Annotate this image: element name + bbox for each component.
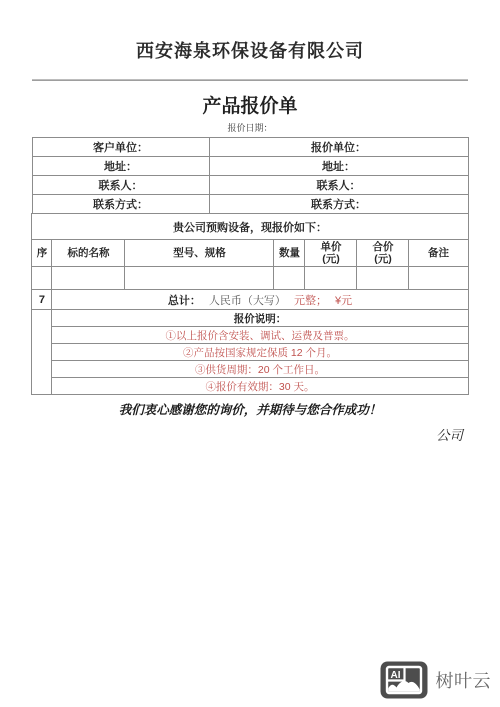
- notes-title-row: 报价说明：: [32, 310, 468, 327]
- company-name: 西安海泉环保设备有限公司: [0, 0, 500, 63]
- ai-icon-text: AI: [390, 670, 400, 681]
- quoting-company-label: 报价单位：: [209, 138, 468, 157]
- quotation-document: 西安海泉环保设备有限公司 产品报价单 报价日期： 客户单位： 报价单位： 地址：…: [0, 0, 500, 707]
- col-header-model-spec: 型号、规格: [125, 240, 274, 267]
- ai-image-icon: AI: [380, 661, 428, 699]
- total-label: 总计：: [168, 295, 201, 307]
- empty-cell-model-spec: [125, 267, 274, 290]
- empty-cell-seq: [32, 267, 52, 290]
- note-row-1: ①以上报价含安装、调试、运费及普票。: [32, 327, 468, 344]
- info-row-company: 客户单位： 报价单位：: [32, 138, 468, 157]
- customer-contact-label: 联系人：: [32, 176, 209, 195]
- quoting-phone-label: 联系方式：: [209, 195, 468, 214]
- total-amount-words-value: 元整；: [294, 295, 327, 307]
- empty-cell-quantity: [274, 267, 305, 290]
- total-row: 7 总计： 人民币（大写） 元整； ¥元: [32, 290, 468, 310]
- note-row-2: ②产品按国家规定保质 12 个月。: [32, 344, 468, 361]
- note-row-3: ③供货周期：20 个工作日。: [32, 361, 468, 378]
- col-header-seq: 序: [32, 240, 52, 267]
- info-row-address: 地址： 地址：: [32, 157, 468, 176]
- quote-date-label: 报价日期：: [0, 121, 500, 134]
- total-amount-words-label: 人民币（大写）: [209, 295, 286, 307]
- table-header-row: 序 标的名称 型号、规格 数量 单价 (元) 合价 (元) 备注: [32, 240, 468, 267]
- info-row-phone: 联系方式： 联系方式：: [32, 195, 468, 214]
- note-delivery-period: ③供货周期：20 个工作日。: [52, 361, 468, 378]
- empty-item-row: [32, 267, 468, 290]
- empty-cell-item-name: [52, 267, 125, 290]
- col-header-quantity: 数量: [274, 240, 305, 267]
- note-validity: ④报价有效期：30 天。: [52, 378, 468, 395]
- empty-cell-unit-price: [305, 267, 357, 290]
- seq-column-spacer: [32, 310, 52, 395]
- section-title-row: 贵公司预购设备，现报价如下：: [32, 214, 468, 240]
- contact-info-table: 客户单位： 报价单位： 地址： 地址： 联系人： 联系人： 联系方式： 联系方式…: [32, 137, 469, 214]
- note-row-4: ④报价有效期：30 天。: [32, 378, 468, 395]
- col-header-item-name: 标的名称: [52, 240, 125, 267]
- info-row-contact: 联系人： 联系人：: [32, 176, 468, 195]
- total-amount-numeric: ¥元: [335, 295, 352, 307]
- col-header-remarks: 备注: [409, 240, 468, 267]
- col-header-unit-price: 单价 (元): [305, 240, 357, 267]
- quoting-contact-label: 联系人：: [209, 176, 468, 195]
- empty-cell-total-price: [357, 267, 409, 290]
- total-row-number: 7: [32, 290, 52, 310]
- customer-company-label: 客户单位：: [32, 138, 209, 157]
- header-divider: [32, 79, 468, 81]
- signature-company: 公司: [0, 424, 500, 444]
- note-warranty: ②产品按国家规定保质 12 个月。: [52, 344, 468, 361]
- watermark-brand: 树叶云: [436, 667, 492, 693]
- thanks-line: 我们衷心感谢您的询价，并期待与您合作成功！: [0, 400, 500, 418]
- watermark: AI 树叶云: [380, 661, 492, 699]
- col-header-total-price: 合价 (元): [357, 240, 409, 267]
- total-cell: 总计： 人民币（大写） 元整； ¥元: [52, 290, 468, 310]
- form-title: 产品报价单: [0, 91, 500, 118]
- note-shipping: ①以上报价含安装、调试、运费及普票。: [52, 327, 468, 344]
- quoting-address-label: 地址：: [209, 157, 468, 176]
- customer-phone-label: 联系方式：: [32, 195, 209, 214]
- notes-title: 报价说明：: [52, 310, 468, 327]
- empty-cell-remarks: [409, 267, 468, 290]
- quotation-items-table: 贵公司预购设备，现报价如下： 序 标的名称 型号、规格 数量 单价 (元) 合价…: [31, 213, 468, 395]
- section-title: 贵公司预购设备，现报价如下：: [32, 214, 468, 240]
- customer-address-label: 地址：: [32, 157, 209, 176]
